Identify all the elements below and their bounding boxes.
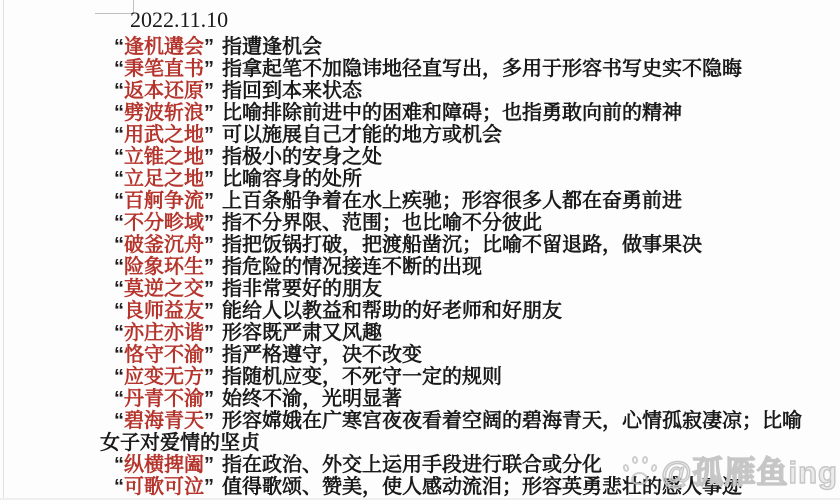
idiom-definition: 指随机应变，不死守一定的规则 <box>222 366 502 388</box>
idiom-term: 逢机遘会 <box>124 36 204 58</box>
idiom-term: 亦庄亦谐 <box>124 322 204 344</box>
idiom-entry: “恪守不渝”指严格遵守，决不改变 <box>100 344 808 366</box>
open-quote: “ <box>114 322 124 344</box>
idiom-definition: 指遭逢机会 <box>222 36 322 58</box>
close-quote: ” <box>204 278 214 300</box>
idiom-term: 百舸争流 <box>124 190 204 212</box>
close-quote: ” <box>204 388 214 410</box>
idiom-term: 立足之地 <box>124 168 204 190</box>
idiom-entry: “秉笔直书”指拿起笔不加隐讳地径直写出，多用于形容书写史实不隐晦 <box>100 58 808 80</box>
idiom-definition: 指非常要好的朋友 <box>222 278 382 300</box>
idiom-definition: 可以施展自己才能的地方或机会 <box>222 124 502 146</box>
open-quote: “ <box>114 388 124 410</box>
page-left-edge <box>3 0 4 500</box>
idiom-entry: “逢机遘会”指遭逢机会 <box>100 36 808 58</box>
idiom-entry: “莫逆之交”指非常要好的朋友 <box>100 278 808 300</box>
idiom-term: 秉笔直书 <box>124 58 204 80</box>
open-quote: “ <box>114 366 124 388</box>
idiom-entry: “险象环生”指危险的情况接连不断的出现 <box>100 256 808 278</box>
close-quote: ” <box>204 476 214 498</box>
close-quote: ” <box>204 454 214 476</box>
idiom-definition: 值得歌颂、赞美，使人感动流泪；形容英勇悲壮的感人事迹 <box>222 476 742 498</box>
idiom-entry: “可歌可泣”值得歌颂、赞美，使人感动流泪；形容英勇悲壮的感人事迹 <box>100 476 808 498</box>
close-quote: ” <box>204 344 214 366</box>
idiom-term: 返本还原 <box>124 80 204 102</box>
idiom-term: 不分畛域 <box>124 212 204 234</box>
idiom-entry: “立锥之地”指极小的安身之处 <box>100 146 808 168</box>
idiom-list: “逢机遘会”指遭逢机会 “秉笔直书”指拿起笔不加隐讳地径直写出，多用于形容书写史… <box>100 36 808 498</box>
close-quote: ” <box>204 300 214 322</box>
idiom-entry: “亦庄亦谐”形容既严肃又风趣 <box>100 322 808 344</box>
document-date: 2022.11.10 <box>130 4 808 36</box>
document-content: 2022.11.10 “逢机遘会”指遭逢机会 “秉笔直书”指拿起笔不加隐讳地径直… <box>100 4 808 498</box>
idiom-entry: “劈波斩浪”比喻排除前进中的困难和障碍；也指勇敢向前的精神 <box>100 102 808 124</box>
close-quote: ” <box>204 322 214 344</box>
idiom-definition: 指在政治、外交上运用手段进行联合或分化 <box>222 454 602 476</box>
idiom-entry: “纵横捭阖”指在政治、外交上运用手段进行联合或分化 <box>100 454 808 476</box>
close-quote: ” <box>204 102 214 124</box>
idiom-term: 可歌可泣 <box>124 476 204 498</box>
idiom-definition: 指严格遵守，决不改变 <box>222 344 422 366</box>
idiom-term: 丹青不渝 <box>124 388 204 410</box>
open-quote: “ <box>114 58 124 80</box>
idiom-term: 碧海青天 <box>124 410 204 432</box>
document-page: 2022.11.10 “逢机遘会”指遭逢机会 “秉笔直书”指拿起笔不加隐讳地径直… <box>0 0 840 500</box>
close-quote: ” <box>204 124 214 146</box>
idiom-definition: 上百条船争着在水上疾驰；形容很多人都在奋勇前进 <box>222 190 682 212</box>
idiom-definition: 指极小的安身之处 <box>222 146 382 168</box>
idiom-definition: 比喻容身的处所 <box>222 168 362 190</box>
open-quote: “ <box>114 124 124 146</box>
idiom-term: 破釜沉舟 <box>124 234 204 256</box>
close-quote: ” <box>204 410 214 432</box>
idiom-term: 应变无方 <box>124 366 204 388</box>
idiom-entry: “立足之地”比喻容身的处所 <box>100 168 808 190</box>
idiom-entry: “用武之地”可以施展自己才能的地方或机会 <box>100 124 808 146</box>
idiom-definition: 指拿起笔不加隐讳地径直写出，多用于形容书写史实不隐晦 <box>222 58 742 80</box>
open-quote: “ <box>114 146 124 168</box>
idiom-definition: 指不分界限、范围；也比喻不分彼此 <box>222 212 542 234</box>
close-quote: ” <box>204 146 214 168</box>
idiom-entry: “不分畛域”指不分界限、范围；也比喻不分彼此 <box>100 212 808 234</box>
idiom-term: 恪守不渝 <box>124 344 204 366</box>
idiom-term: 劈波斩浪 <box>124 102 204 124</box>
open-quote: “ <box>114 36 124 58</box>
idiom-entry: “应变无方”指随机应变，不死守一定的规则 <box>100 366 808 388</box>
idiom-entry: “碧海青天”形容嫦娥在广寒宫夜夜看着空阔的碧海青天，心情孤寂凄凉；比喻女子对爱情… <box>100 410 808 454</box>
idiom-definition: 始终不渝，光明显著 <box>222 388 402 410</box>
open-quote: “ <box>114 476 124 498</box>
idiom-entry: “破釜沉舟”指把饭锅打破，把渡船凿沉；比喻不留退路，做事果决 <box>100 234 808 256</box>
idiom-term: 莫逆之交 <box>124 278 204 300</box>
close-quote: ” <box>204 256 214 278</box>
idiom-entry: “丹青不渝”始终不渝，光明显著 <box>100 388 808 410</box>
idiom-definition: 比喻排除前进中的困难和障碍；也指勇敢向前的精神 <box>222 102 682 124</box>
idiom-definition: 指危险的情况接连不断的出现 <box>222 256 482 278</box>
open-quote: “ <box>114 410 124 432</box>
idiom-entry: “返本还原”指回到本来状态 <box>100 80 808 102</box>
open-quote: “ <box>114 80 124 102</box>
idiom-term: 立锥之地 <box>124 146 204 168</box>
close-quote: ” <box>204 234 214 256</box>
open-quote: “ <box>114 454 124 476</box>
idiom-definition: 形容既严肃又风趣 <box>222 322 382 344</box>
idiom-term: 良师益友 <box>124 300 204 322</box>
close-quote: ” <box>204 212 214 234</box>
open-quote: “ <box>114 300 124 322</box>
open-quote: “ <box>114 256 124 278</box>
open-quote: “ <box>114 190 124 212</box>
idiom-entry: “百舸争流”上百条船争着在水上疾驰；形容很多人都在奋勇前进 <box>100 190 808 212</box>
idiom-definition: 指把饭锅打破，把渡船凿沉；比喻不留退路，做事果决 <box>222 234 702 256</box>
close-quote: ” <box>204 80 214 102</box>
close-quote: ” <box>204 36 214 58</box>
open-quote: “ <box>114 102 124 124</box>
close-quote: ” <box>204 366 214 388</box>
close-quote: ” <box>204 168 214 190</box>
idiom-term: 纵横捭阖 <box>124 454 204 476</box>
open-quote: “ <box>114 212 124 234</box>
open-quote: “ <box>114 168 124 190</box>
close-quote: ” <box>204 58 214 80</box>
idiom-term: 用武之地 <box>124 124 204 146</box>
idiom-term: 险象环生 <box>124 256 204 278</box>
idiom-entry: “良师益友”能给人以教益和帮助的好老师和好朋友 <box>100 300 808 322</box>
open-quote: “ <box>114 234 124 256</box>
open-quote: “ <box>114 278 124 300</box>
close-quote: ” <box>204 190 214 212</box>
idiom-definition: 指回到本来状态 <box>222 80 362 102</box>
open-quote: “ <box>114 344 124 366</box>
idiom-definition: 能给人以教益和帮助的好老师和好朋友 <box>222 300 562 322</box>
